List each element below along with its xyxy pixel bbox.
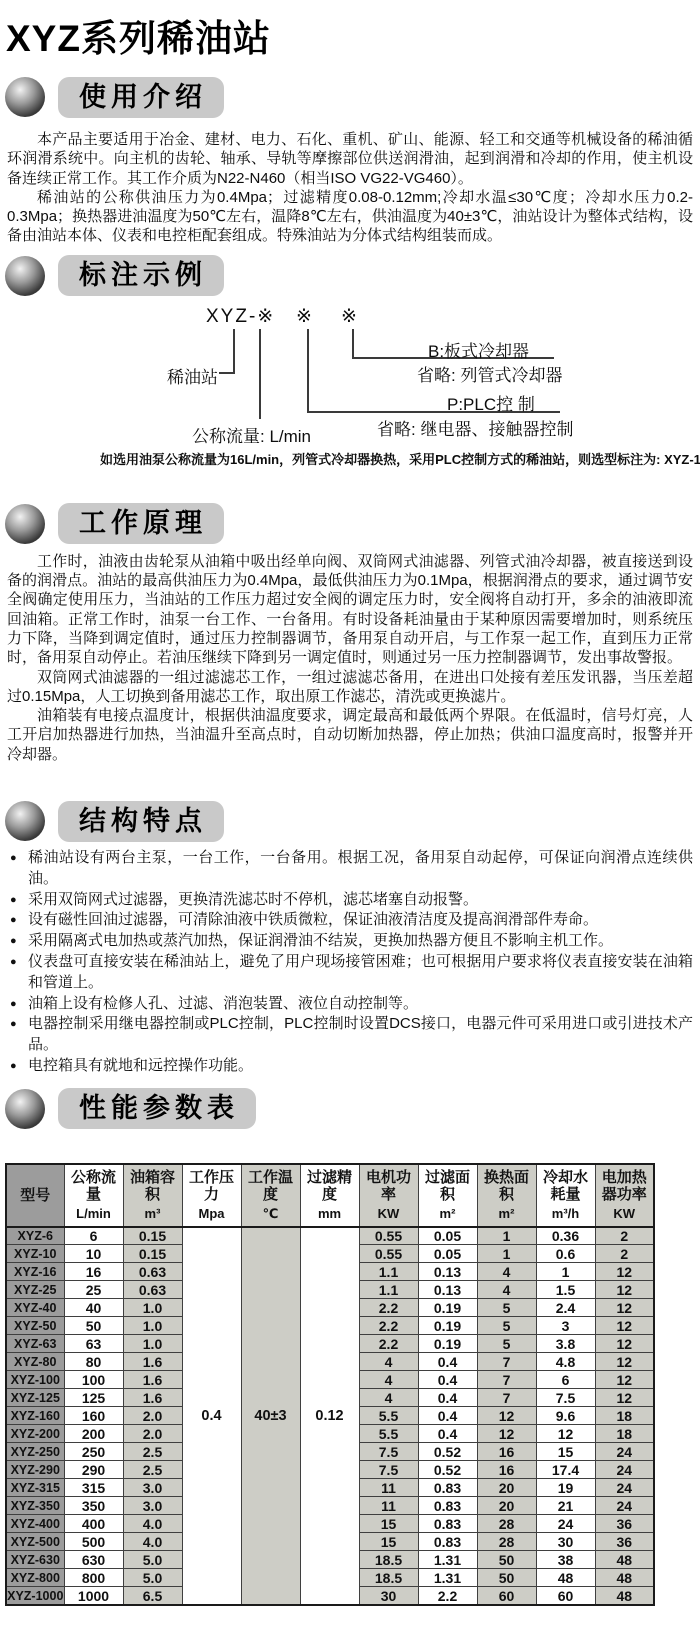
cell-water: 24 bbox=[536, 1515, 595, 1533]
section-ball-icon bbox=[5, 1089, 45, 1129]
cell-motor: 15 bbox=[359, 1515, 418, 1533]
cell-heater: 24 bbox=[595, 1443, 654, 1461]
cell-water: 3.8 bbox=[536, 1335, 595, 1353]
cell-filter-area: 0.4 bbox=[418, 1389, 477, 1407]
section-title-labeling: 标注示例 bbox=[58, 255, 224, 296]
cell-water: 0.6 bbox=[536, 1245, 595, 1263]
cell-tank: 1.6 bbox=[123, 1353, 182, 1371]
cell-tank: 2.5 bbox=[123, 1443, 182, 1461]
row-header: XYZ-315 bbox=[6, 1479, 64, 1497]
cell-water: 0.36 bbox=[536, 1227, 595, 1245]
cell-motor: 15 bbox=[359, 1533, 418, 1551]
cell-water: 4.8 bbox=[536, 1353, 595, 1371]
section-header-features: 结构特点 bbox=[5, 800, 700, 842]
cell-flow: 350 bbox=[64, 1497, 123, 1515]
cell-tank: 3.0 bbox=[123, 1497, 182, 1515]
cell-heater: 24 bbox=[595, 1479, 654, 1497]
column-header-7: 过滤面积m² bbox=[418, 1164, 477, 1227]
row-header: XYZ-200 bbox=[6, 1425, 64, 1443]
cell-tank: 1.0 bbox=[123, 1335, 182, 1353]
cell-tank: 0.15 bbox=[123, 1227, 182, 1245]
cell-water: 21 bbox=[536, 1497, 595, 1515]
column-header-8: 换热面积m² bbox=[477, 1164, 536, 1227]
cell-flow: 1000 bbox=[64, 1587, 123, 1605]
cell-flow: 6 bbox=[64, 1227, 123, 1245]
cell-water: 38 bbox=[536, 1551, 595, 1569]
model-code-star-3: ※ bbox=[341, 305, 359, 328]
cell-filter-area: 0.52 bbox=[418, 1443, 477, 1461]
control-default-label: 省略: 继电器、接触器控制 bbox=[377, 415, 573, 440]
bullet-icon: ● bbox=[10, 1014, 28, 1035]
cell-heat-area: 50 bbox=[477, 1551, 536, 1569]
intro-paragraph-2: 稀油站的公称供油压力为0.4Mpa；过滤精度0.08-0.12mm;冷却水温≤3… bbox=[7, 188, 693, 246]
cell-flow: 100 bbox=[64, 1371, 123, 1389]
bullet-icon: ● bbox=[10, 910, 28, 931]
cell-motor: 4 bbox=[359, 1353, 418, 1371]
cell-filter-area: 0.13 bbox=[418, 1263, 477, 1281]
cell-heater: 12 bbox=[595, 1281, 654, 1299]
cell-heat-area: 7 bbox=[477, 1371, 536, 1389]
cell-water: 3 bbox=[536, 1317, 595, 1335]
cell-water: 12 bbox=[536, 1425, 595, 1443]
cell-heat-area: 16 bbox=[477, 1461, 536, 1479]
section-ball-icon bbox=[5, 77, 45, 117]
cell-flow: 400 bbox=[64, 1515, 123, 1533]
cell-motor: 0.55 bbox=[359, 1227, 418, 1245]
cell-flow: 25 bbox=[64, 1281, 123, 1299]
cooler-option-label: B:板式冷却器 bbox=[428, 337, 529, 362]
cell-tank: 1.6 bbox=[123, 1371, 182, 1389]
column-header-10: 电加热器功率KW bbox=[595, 1164, 654, 1227]
row-header: XYZ-10 bbox=[6, 1245, 64, 1263]
cell-heat-area: 20 bbox=[477, 1497, 536, 1515]
row-header: XYZ-350 bbox=[6, 1497, 64, 1515]
catalog-page: { "page_title": "XYZ系列稀油站", "icons": { "… bbox=[0, 0, 700, 1627]
bullet-icon: ● bbox=[10, 952, 28, 973]
cell-flow: 16 bbox=[64, 1263, 123, 1281]
row-header: XYZ-630 bbox=[6, 1551, 64, 1569]
connector-line-flow-v bbox=[259, 329, 261, 419]
row-header: XYZ-250 bbox=[6, 1443, 64, 1461]
section-title-principle: 工作原理 bbox=[58, 503, 224, 544]
cell-motor: 30 bbox=[359, 1587, 418, 1605]
cell-tank: 1.0 bbox=[123, 1299, 182, 1317]
cell-water: 6 bbox=[536, 1371, 595, 1389]
bullet-icon: ● bbox=[10, 890, 28, 911]
column-header-0: 型号 bbox=[6, 1164, 64, 1227]
cell-tank: 0.15 bbox=[123, 1245, 182, 1263]
cell-filter-area: 0.83 bbox=[418, 1515, 477, 1533]
cell-motor: 5.5 bbox=[359, 1407, 418, 1425]
cell-motor: 1.1 bbox=[359, 1281, 418, 1299]
cell-heat-area: 20 bbox=[477, 1479, 536, 1497]
feature-item: ● 稀油站设有两台主泵，一台工作，一台备用。根据工况，备用泵自动起停，可保证向润… bbox=[10, 848, 693, 890]
column-header-1: 公称流量L/min bbox=[64, 1164, 123, 1227]
bullet-icon: ● bbox=[10, 1056, 28, 1077]
cell-heat-area: 7 bbox=[477, 1389, 536, 1407]
row-header: XYZ-800 bbox=[6, 1569, 64, 1587]
cell-tank: 3.0 bbox=[123, 1479, 182, 1497]
row-header: XYZ-16 bbox=[6, 1263, 64, 1281]
cell-heater: 12 bbox=[595, 1389, 654, 1407]
cell-heat-area: 16 bbox=[477, 1443, 536, 1461]
cell-temperature: 40±3 bbox=[241, 1227, 300, 1605]
row-header: XYZ-125 bbox=[6, 1389, 64, 1407]
cell-motor: 7.5 bbox=[359, 1443, 418, 1461]
column-header-4: 工作温度℃ bbox=[241, 1164, 300, 1227]
cell-motor: 1.1 bbox=[359, 1263, 418, 1281]
cell-water: 48 bbox=[536, 1569, 595, 1587]
connector-line-control-v bbox=[307, 329, 309, 411]
cell-heater: 12 bbox=[595, 1371, 654, 1389]
cell-heater: 18 bbox=[595, 1407, 654, 1425]
cell-heat-area: 28 bbox=[477, 1533, 536, 1551]
cell-tank: 6.5 bbox=[123, 1587, 182, 1605]
cell-filter-area: 0.83 bbox=[418, 1533, 477, 1551]
cell-water: 1 bbox=[536, 1263, 595, 1281]
cell-tank: 5.0 bbox=[123, 1569, 182, 1587]
model-code-diagram: XYZ-※ ※ ※ 稀油站 公称流量: L/min B:板式冷却器 省略: 列管… bbox=[0, 303, 700, 473]
cell-precision: 0.12 bbox=[300, 1227, 359, 1605]
cell-filter-area: 0.83 bbox=[418, 1479, 477, 1497]
cell-heat-area: 5 bbox=[477, 1299, 536, 1317]
cell-tank: 0.63 bbox=[123, 1263, 182, 1281]
section-title-intro: 使用介绍 bbox=[58, 77, 224, 118]
table-row: XYZ-660.150.440±30.120.550.0510.362 bbox=[6, 1227, 654, 1245]
connector-line-cooler-v bbox=[352, 329, 354, 357]
cell-heat-area: 60 bbox=[477, 1587, 536, 1605]
cell-water: 17.4 bbox=[536, 1461, 595, 1479]
cell-tank: 4.0 bbox=[123, 1533, 182, 1551]
cell-heater: 12 bbox=[595, 1335, 654, 1353]
flow-label: 公称流量: L/min bbox=[192, 422, 311, 447]
cell-water: 9.6 bbox=[536, 1407, 595, 1425]
cell-tank: 5.0 bbox=[123, 1551, 182, 1569]
section-title-parameters: 性能参数表 bbox=[58, 1088, 256, 1129]
cell-heater: 2 bbox=[595, 1227, 654, 1245]
connector-line-series-h bbox=[219, 372, 235, 374]
row-header: XYZ-100 bbox=[6, 1371, 64, 1389]
cell-filter-area: 2.2 bbox=[418, 1587, 477, 1605]
cell-filter-area: 0.19 bbox=[418, 1335, 477, 1353]
row-header: XYZ-160 bbox=[6, 1407, 64, 1425]
principle-paragraph-2: 双筒网式油滤器的一组过滤滤芯工作，一组过滤滤芯备用，在进出口处接有差压发讯器，当… bbox=[7, 668, 693, 707]
cell-heater: 36 bbox=[595, 1533, 654, 1551]
cell-filter-area: 0.19 bbox=[418, 1317, 477, 1335]
cell-heater: 12 bbox=[595, 1299, 654, 1317]
page-title: XYZ系列稀油站 bbox=[0, 0, 700, 62]
cell-filter-area: 0.83 bbox=[418, 1497, 477, 1515]
cell-water: 2.4 bbox=[536, 1299, 595, 1317]
cell-flow: 125 bbox=[64, 1389, 123, 1407]
cell-heater: 24 bbox=[595, 1497, 654, 1515]
column-header-6: 电机功率KW bbox=[359, 1164, 418, 1227]
cell-heater: 12 bbox=[595, 1317, 654, 1335]
cell-motor: 5.5 bbox=[359, 1425, 418, 1443]
feature-item: ● 采用隔离式电加热或蒸汽加热，保证润滑油不结炭，更换加热器方便且不影响主机工作… bbox=[10, 931, 693, 952]
column-header-2: 油箱容积m³ bbox=[123, 1164, 182, 1227]
feature-item: ● 仪表盘可直接安装在稀油站上，避免了用户现场接管困难；也可根据用户要求将仪表直… bbox=[10, 952, 693, 994]
section-title-features: 结构特点 bbox=[58, 801, 224, 842]
cell-flow: 630 bbox=[64, 1551, 123, 1569]
cell-heater: 48 bbox=[595, 1587, 654, 1605]
bullet-icon: ● bbox=[10, 931, 28, 952]
cell-heat-area: 12 bbox=[477, 1407, 536, 1425]
bullet-icon: ● bbox=[10, 994, 28, 1015]
feature-item: ● 电器控制采用继电器控制或PLC控制，PLC控制时设置DCS接口，电器元件可采… bbox=[10, 1014, 693, 1056]
cell-water: 15 bbox=[536, 1443, 595, 1461]
cell-heater: 2 bbox=[595, 1245, 654, 1263]
row-header: XYZ-40 bbox=[6, 1299, 64, 1317]
row-header: XYZ-290 bbox=[6, 1461, 64, 1479]
cell-tank: 1.6 bbox=[123, 1389, 182, 1407]
cell-water: 1.5 bbox=[536, 1281, 595, 1299]
cell-motor: 0.55 bbox=[359, 1245, 418, 1263]
cell-heater: 12 bbox=[595, 1263, 654, 1281]
cell-heater: 12 bbox=[595, 1353, 654, 1371]
row-header: XYZ-500 bbox=[6, 1533, 64, 1551]
principle-paragraph-1: 工作时，油液由齿轮泵从油箱中吸出经单向阀、双筒网式油滤器、列管式油冷却器，被直接… bbox=[7, 552, 693, 668]
cell-flow: 40 bbox=[64, 1299, 123, 1317]
cell-tank: 2.0 bbox=[123, 1425, 182, 1443]
model-code-base: XYZ-※ bbox=[206, 305, 275, 328]
cell-filter-area: 0.4 bbox=[418, 1371, 477, 1389]
cell-heat-area: 1 bbox=[477, 1227, 536, 1245]
series-label: 稀油站 bbox=[167, 363, 218, 388]
row-header: XYZ-80 bbox=[6, 1353, 64, 1371]
cell-heat-area: 12 bbox=[477, 1425, 536, 1443]
cell-filter-area: 1.31 bbox=[418, 1569, 477, 1587]
section-ball-icon bbox=[5, 504, 45, 544]
connector-line-series-v bbox=[233, 329, 235, 373]
control-option-label: P:PLC控 制 bbox=[447, 390, 535, 415]
row-header: XYZ-400 bbox=[6, 1515, 64, 1533]
cell-heater: 36 bbox=[595, 1515, 654, 1533]
cooler-default-label: 省略: 列管式冷却器 bbox=[417, 361, 562, 386]
section-ball-icon bbox=[5, 256, 45, 296]
cell-pressure: 0.4 bbox=[182, 1227, 241, 1605]
row-header: XYZ-63 bbox=[6, 1335, 64, 1353]
cell-flow: 250 bbox=[64, 1443, 123, 1461]
feature-item: ● 设有磁性回油过滤器，可清除油液中铁质微粒，保证油液清洁度及提高润滑部件寿命。 bbox=[10, 910, 693, 931]
column-header-3: 工作压力Mpa bbox=[182, 1164, 241, 1227]
section-header-parameters: 性能参数表 bbox=[5, 1088, 700, 1130]
cell-heat-area: 4 bbox=[477, 1281, 536, 1299]
cell-flow: 50 bbox=[64, 1317, 123, 1335]
cell-flow: 80 bbox=[64, 1353, 123, 1371]
cell-water: 19 bbox=[536, 1479, 595, 1497]
cell-heater: 18 bbox=[595, 1425, 654, 1443]
section-header-principle: 工作原理 bbox=[5, 503, 700, 545]
cell-filter-area: 1.31 bbox=[418, 1551, 477, 1569]
cell-filter-area: 0.4 bbox=[418, 1407, 477, 1425]
cell-water: 7.5 bbox=[536, 1389, 595, 1407]
cell-heater: 48 bbox=[595, 1551, 654, 1569]
row-header: XYZ-6 bbox=[6, 1227, 64, 1245]
cell-tank: 2.0 bbox=[123, 1407, 182, 1425]
cell-heat-area: 28 bbox=[477, 1515, 536, 1533]
cell-flow: 500 bbox=[64, 1533, 123, 1551]
cell-motor: 2.2 bbox=[359, 1335, 418, 1353]
cell-filter-area: 0.4 bbox=[418, 1425, 477, 1443]
feature-item: ● 电控箱具有就地和远控操作功能。 bbox=[10, 1056, 693, 1077]
cell-flow: 10 bbox=[64, 1245, 123, 1263]
row-header: XYZ-50 bbox=[6, 1317, 64, 1335]
feature-item: ● 油箱上设有检修人孔、过滤、消泡装置、液位自动控制等。 bbox=[10, 994, 693, 1015]
cell-heat-area: 4 bbox=[477, 1263, 536, 1281]
cell-heat-area: 5 bbox=[477, 1317, 536, 1335]
cell-heat-area: 1 bbox=[477, 1245, 536, 1263]
cell-water: 30 bbox=[536, 1533, 595, 1551]
cell-filter-area: 0.13 bbox=[418, 1281, 477, 1299]
cell-flow: 315 bbox=[64, 1479, 123, 1497]
model-code-star-2: ※ bbox=[296, 305, 314, 328]
row-header: XYZ-25 bbox=[6, 1281, 64, 1299]
cell-heat-area: 5 bbox=[477, 1335, 536, 1353]
cell-motor: 2.2 bbox=[359, 1299, 418, 1317]
cell-filter-area: 0.05 bbox=[418, 1245, 477, 1263]
labeling-note: 如选用油泵公称流量为16L/min，列管式冷却器换热，采用PLC控制方式的稀油站… bbox=[100, 449, 700, 468]
cell-flow: 63 bbox=[64, 1335, 123, 1353]
cell-filter-area: 0.52 bbox=[418, 1461, 477, 1479]
cell-tank: 1.0 bbox=[123, 1317, 182, 1335]
cell-flow: 800 bbox=[64, 1569, 123, 1587]
cell-heat-area: 7 bbox=[477, 1353, 536, 1371]
feature-item: ● 采用双筒网式过滤器，更换清洗滤芯时不停机，滤芯堵塞自动报警。 bbox=[10, 890, 693, 911]
principle-paragraph-3: 油箱装有电接点温度计，根据供油温度要求，调定最高和最低两个界限。在低温时，信号灯… bbox=[7, 706, 693, 764]
cell-heater: 48 bbox=[595, 1569, 654, 1587]
cell-filter-area: 0.05 bbox=[418, 1227, 477, 1245]
section-header-labeling: 标注示例 bbox=[5, 255, 700, 297]
row-header: XYZ-1000 bbox=[6, 1587, 64, 1605]
parameters-table: 型号公称流量L/min油箱容积m³工作压力Mpa工作温度℃过滤精度mm电机功率K… bbox=[5, 1163, 655, 1606]
cell-heater: 24 bbox=[595, 1461, 654, 1479]
features-list: ● 稀油站设有两台主泵，一台工作，一台备用。根据工况，备用泵自动起停，可保证向润… bbox=[10, 848, 693, 1077]
section-ball-icon bbox=[5, 801, 45, 841]
cell-tank: 0.63 bbox=[123, 1281, 182, 1299]
cell-flow: 290 bbox=[64, 1461, 123, 1479]
cell-motor: 4 bbox=[359, 1371, 418, 1389]
cell-motor: 18.5 bbox=[359, 1551, 418, 1569]
cell-filter-area: 0.19 bbox=[418, 1299, 477, 1317]
cell-motor: 11 bbox=[359, 1479, 418, 1497]
intro-paragraph-1: 本产品主要适用于冶金、建材、电力、石化、重机、矿山、能源、轻工和交通等机械设备的… bbox=[7, 130, 693, 188]
cell-motor: 11 bbox=[359, 1497, 418, 1515]
cell-tank: 2.5 bbox=[123, 1461, 182, 1479]
cell-flow: 160 bbox=[64, 1407, 123, 1425]
cell-motor: 7.5 bbox=[359, 1461, 418, 1479]
cell-water: 60 bbox=[536, 1587, 595, 1605]
cell-heat-area: 50 bbox=[477, 1569, 536, 1587]
cell-tank: 4.0 bbox=[123, 1515, 182, 1533]
cell-filter-area: 0.4 bbox=[418, 1353, 477, 1371]
cell-motor: 18.5 bbox=[359, 1569, 418, 1587]
column-header-9: 冷却水耗量m³/h bbox=[536, 1164, 595, 1227]
cell-motor: 4 bbox=[359, 1389, 418, 1407]
cell-flow: 200 bbox=[64, 1425, 123, 1443]
column-header-5: 过滤精度mm bbox=[300, 1164, 359, 1227]
bullet-icon: ● bbox=[10, 848, 28, 869]
section-header-intro: 使用介绍 bbox=[5, 76, 700, 118]
cell-motor: 2.2 bbox=[359, 1317, 418, 1335]
